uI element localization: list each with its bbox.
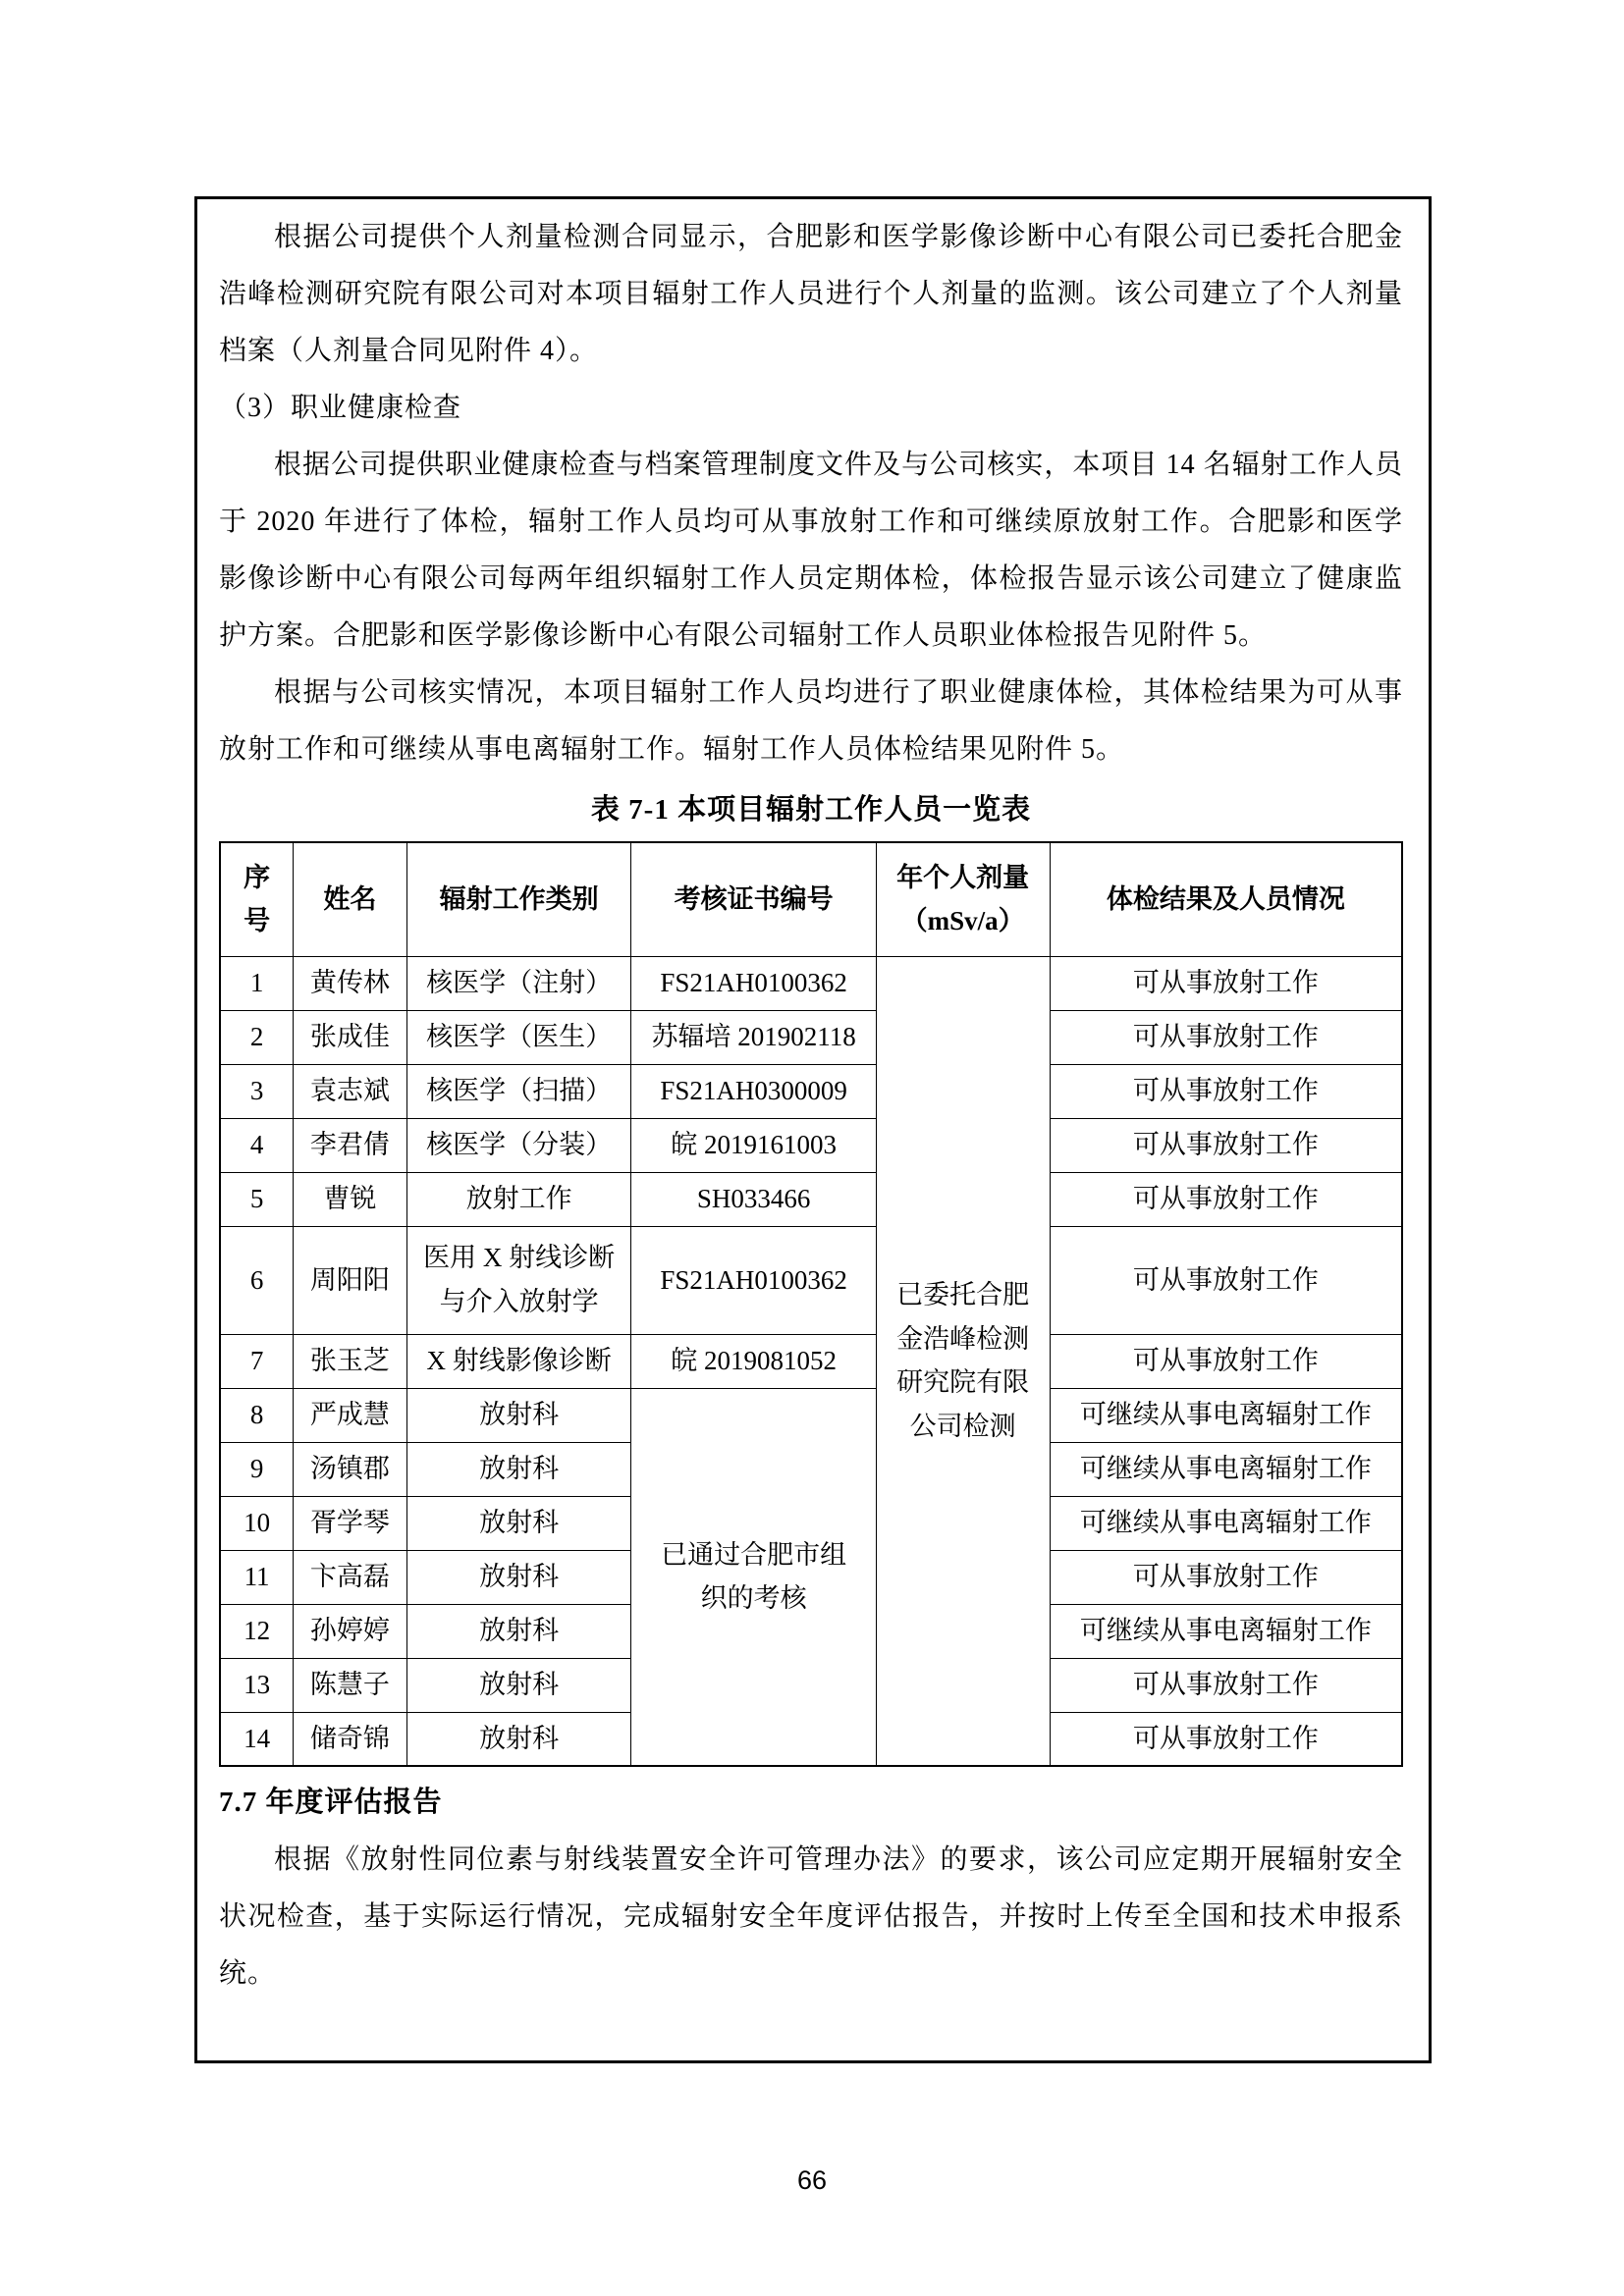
cell-name: 卞高磊 bbox=[294, 1550, 407, 1604]
cell-name: 张成佳 bbox=[294, 1010, 407, 1064]
cell-no: 13 bbox=[220, 1658, 294, 1712]
cell-name: 黄传林 bbox=[294, 956, 407, 1010]
cell-dose-merged: 已委托合肥 金浩峰检测 研究院有限 公司检测 bbox=[876, 956, 1050, 1766]
cell-no: 11 bbox=[220, 1550, 294, 1604]
cell-type: 放射科 bbox=[406, 1388, 631, 1442]
table-title: 表 7-1 本项目辐射工作人员一览表 bbox=[219, 780, 1403, 839]
cell-type: 放射工作 bbox=[406, 1172, 631, 1226]
cell-name: 严成慧 bbox=[294, 1388, 407, 1442]
cell-no: 4 bbox=[220, 1118, 294, 1172]
cell-cert: 皖 2019161003 bbox=[631, 1118, 876, 1172]
cell-result: 可从事放射工作 bbox=[1050, 956, 1402, 1010]
cell-type: 放射科 bbox=[406, 1496, 631, 1550]
table-row: 5 曹锐 放射工作 SH033466 可从事放射工作 bbox=[220, 1172, 1402, 1226]
cell-type: 核医学（分装） bbox=[406, 1118, 631, 1172]
table-row: 4 李君倩 核医学（分装） 皖 2019161003 可从事放射工作 bbox=[220, 1118, 1402, 1172]
cell-cert: FS21AH0300009 bbox=[631, 1064, 876, 1118]
table-row: 1 黄传林 核医学（注射） FS21AH0100362 已委托合肥 金浩峰检测 … bbox=[220, 956, 1402, 1010]
header-work-type: 辐射工作类别 bbox=[406, 842, 631, 956]
cell-cert: FS21AH0100362 bbox=[631, 1226, 876, 1334]
cell-name: 胥学琴 bbox=[294, 1496, 407, 1550]
cell-no: 2 bbox=[220, 1010, 294, 1064]
cell-result: 可从事放射工作 bbox=[1050, 1226, 1402, 1334]
cell-no: 10 bbox=[220, 1496, 294, 1550]
cell-result: 可继续从事电离辐射工作 bbox=[1050, 1442, 1402, 1496]
item-3-heading: （3）职业健康检查 bbox=[219, 380, 1403, 437]
paragraph-verification: 根据与公司核实情况，本项目辐射工作人员均进行了职业健康体检，其体检结果为可从事放… bbox=[219, 665, 1403, 778]
cell-cert: SH033466 bbox=[631, 1172, 876, 1226]
cell-name: 袁志斌 bbox=[294, 1064, 407, 1118]
header-annual-dose: 年个人剂量 （mSv/a） bbox=[876, 842, 1050, 956]
cell-type: 放射科 bbox=[406, 1604, 631, 1658]
cell-result: 可继续从事电离辐射工作 bbox=[1050, 1604, 1402, 1658]
cell-result: 可从事放射工作 bbox=[1050, 1658, 1402, 1712]
cell-result: 可从事放射工作 bbox=[1050, 1712, 1402, 1766]
paragraph-annual-report: 根据《放射性同位素与射线装置安全许可管理办法》的要求，该公司应定期开展辐射安全状… bbox=[219, 1832, 1403, 2002]
header-name: 姓名 bbox=[294, 842, 407, 956]
table-row: 3 袁志斌 核医学（扫描） FS21AH0300009 可从事放射工作 bbox=[220, 1064, 1402, 1118]
cell-result: 可从事放射工作 bbox=[1050, 1010, 1402, 1064]
page-number: 66 bbox=[0, 2165, 1624, 2196]
cell-type: 核医学（注射） bbox=[406, 956, 631, 1010]
cell-name: 陈慧子 bbox=[294, 1658, 407, 1712]
header-serial: 序 号 bbox=[220, 842, 294, 956]
cell-type: 放射科 bbox=[406, 1442, 631, 1496]
cell-result: 可从事放射工作 bbox=[1050, 1334, 1402, 1388]
document-page: 根据公司提供个人剂量检测合同显示，合肥影和医学影像诊断中心有限公司已委托合肥金浩… bbox=[0, 0, 1624, 2296]
cell-cert: 苏辐培 201902118 bbox=[631, 1010, 876, 1064]
radiation-worker-table: 序 号 姓名 辐射工作类别 考核证书编号 年个人剂量 （mSv/a） 体检结果及… bbox=[219, 841, 1403, 1767]
cell-no: 1 bbox=[220, 956, 294, 1010]
cell-result: 可继续从事电离辐射工作 bbox=[1050, 1388, 1402, 1442]
cell-no: 5 bbox=[220, 1172, 294, 1226]
cell-cert: FS21AH0100362 bbox=[631, 956, 876, 1010]
cell-name: 储奇锦 bbox=[294, 1712, 407, 1766]
cell-type: 放射科 bbox=[406, 1712, 631, 1766]
paragraph-health-check: 根据公司提供职业健康检查与档案管理制度文件及与公司核实，本项目 14 名辐射工作… bbox=[219, 437, 1403, 665]
content-box: 根据公司提供个人剂量检测合同显示，合肥影和医学影像诊断中心有限公司已委托合肥金浩… bbox=[194, 196, 1432, 2063]
cell-result: 可从事放射工作 bbox=[1050, 1550, 1402, 1604]
cell-cert-merged: 已通过合肥市组 织的考核 bbox=[631, 1388, 876, 1766]
table-row: 6 周阳阳 医用 X 射线诊断 与介入放射学 FS21AH0100362 可从事… bbox=[220, 1226, 1402, 1334]
section-7-7-heading: 7.7 年度评估报告 bbox=[219, 1773, 1403, 1832]
paragraph-dose-monitoring: 根据公司提供个人剂量检测合同显示，合肥影和医学影像诊断中心有限公司已委托合肥金浩… bbox=[219, 209, 1403, 380]
cell-name: 汤镇郡 bbox=[294, 1442, 407, 1496]
cell-no: 14 bbox=[220, 1712, 294, 1766]
header-certificate: 考核证书编号 bbox=[631, 842, 876, 956]
cell-name: 李君倩 bbox=[294, 1118, 407, 1172]
cell-no: 6 bbox=[220, 1226, 294, 1334]
cell-cert: 皖 2019081052 bbox=[631, 1334, 876, 1388]
cell-result: 可从事放射工作 bbox=[1050, 1118, 1402, 1172]
cell-name: 曹锐 bbox=[294, 1172, 407, 1226]
cell-no: 8 bbox=[220, 1388, 294, 1442]
cell-type: 核医学（扫描） bbox=[406, 1064, 631, 1118]
cell-type: 放射科 bbox=[406, 1658, 631, 1712]
cell-name: 张玉芝 bbox=[294, 1334, 407, 1388]
cell-no: 3 bbox=[220, 1064, 294, 1118]
cell-type: X 射线影像诊断 bbox=[406, 1334, 631, 1388]
table-row: 2 张成佳 核医学（医生） 苏辐培 201902118 可从事放射工作 bbox=[220, 1010, 1402, 1064]
cell-name: 周阳阳 bbox=[294, 1226, 407, 1334]
table-row: 8 严成慧 放射科 已通过合肥市组 织的考核 可继续从事电离辐射工作 bbox=[220, 1388, 1402, 1442]
cell-type: 核医学（医生） bbox=[406, 1010, 631, 1064]
cell-type: 放射科 bbox=[406, 1550, 631, 1604]
header-exam-result: 体检结果及人员情况 bbox=[1050, 842, 1402, 956]
cell-no: 9 bbox=[220, 1442, 294, 1496]
cell-result: 可从事放射工作 bbox=[1050, 1064, 1402, 1118]
cell-type: 医用 X 射线诊断 与介入放射学 bbox=[406, 1226, 631, 1334]
cell-no: 7 bbox=[220, 1334, 294, 1388]
table-header-row: 序 号 姓名 辐射工作类别 考核证书编号 年个人剂量 （mSv/a） 体检结果及… bbox=[220, 842, 1402, 956]
cell-no: 12 bbox=[220, 1604, 294, 1658]
cell-result: 可继续从事电离辐射工作 bbox=[1050, 1496, 1402, 1550]
cell-result: 可从事放射工作 bbox=[1050, 1172, 1402, 1226]
cell-name: 孙婷婷 bbox=[294, 1604, 407, 1658]
table-row: 7 张玉芝 X 射线影像诊断 皖 2019081052 可从事放射工作 bbox=[220, 1334, 1402, 1388]
